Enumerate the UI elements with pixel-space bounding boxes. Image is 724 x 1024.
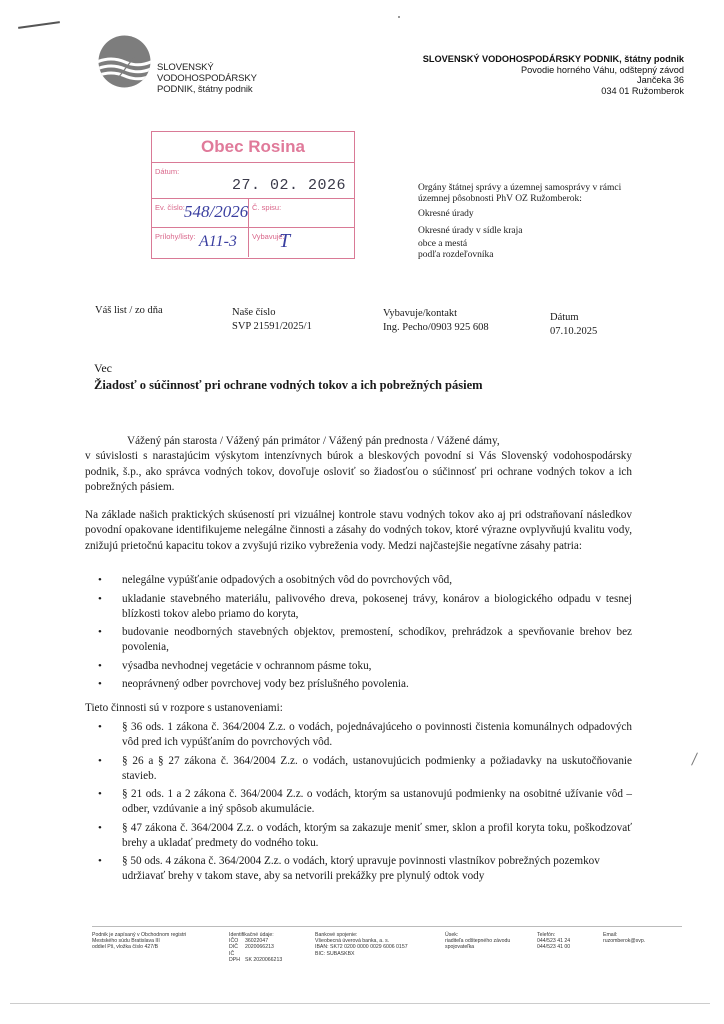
- list-item: § 50 ods. 4 zákona č. 364/2004 Z.z. o vo…: [122, 854, 632, 884]
- list-item: nelegálne vypúšťanie odpadových a osobit…: [122, 573, 632, 588]
- recipients-intro: Orgány štátnej správy a územnej samosprá…: [418, 183, 628, 205]
- list-item: § 21 ods. 1 a 2 zákona č. 364/2004 Z.z. …: [122, 787, 632, 817]
- scan-artifact-line: [18, 21, 60, 29]
- subject-label: Vec: [94, 361, 112, 376]
- scan-artifact-dot: [398, 16, 400, 18]
- interventions-list: nelegálne vypúšťanie odpadových a osobit…: [122, 573, 632, 696]
- stamp-prilohy-row: Prílohy/listy: A11-3 Vybavuje: T: [152, 228, 354, 257]
- provisions-intro: Tieto činnosti sú v rozpore s ustanoveni…: [85, 702, 283, 714]
- stamp-ev-label: Ev. číslo:: [155, 203, 185, 212]
- ref-our-number-value: SVP 21591/2025/1: [232, 320, 312, 334]
- svp-water-wave-logo-icon: [97, 34, 152, 89]
- sender-name: SLOVENSKÝ VODOHOSPODÁRSKY PODNIK, štátny…: [423, 54, 684, 65]
- stamp-prilohy-cell: Prílohy/listy: A11-3: [152, 228, 249, 257]
- ref-date-value: 07.10.2025: [550, 325, 597, 339]
- stamp-prilohy-label: Prílohy/listy:: [155, 232, 195, 241]
- list-item: neoprávnený odber povrchovej vody bez pr…: [122, 677, 632, 692]
- footer-email: Email: ruzomberok@svp.: [603, 932, 645, 944]
- footer-phone: Telefón: 044/523 41 24 044/523 41 00: [537, 932, 570, 951]
- stamp-ev-row: Ev. číslo: 548/2026 Č. spisu:: [152, 199, 354, 228]
- ref-your-letter-label: Váš list / zo dňa: [95, 304, 163, 318]
- footer-bank-line: IBAN: SK72 0200 0000 0029 6006 0157: [315, 944, 408, 950]
- sender-address: SLOVENSKÝ VODOHOSPODÁRSKY PODNIK, štátny…: [423, 54, 684, 96]
- footer-registry-line: oddiel Pš, vložka číslo 427/B: [92, 944, 186, 950]
- list-item: ukladanie stavebného materiálu, palivové…: [122, 592, 632, 622]
- stamp-spis-cell: Č. spisu:: [249, 199, 354, 227]
- list-item: výsadba nevhodnej vegetácie v ochrannom …: [122, 659, 632, 674]
- stamp-date-label: Dátum:: [155, 167, 179, 176]
- footer-bank-line: BIC: SUBASKBX: [315, 951, 408, 957]
- recipient-line: obce a mestá: [418, 239, 628, 250]
- list-item: § 26 a § 27 zákona č. 364/2004 Z.z. o vo…: [122, 754, 632, 784]
- sender-branch: Povodie horného Váhu, odštepný závod: [423, 65, 684, 76]
- ref-our-number-label: Naše číslo: [232, 306, 312, 320]
- ref-contact-label: Vybavuje/kontakt: [383, 307, 489, 321]
- stamp-title: Obec Rosina: [152, 132, 354, 163]
- ref-contact: Vybavuje/kontakt Ing. Pecho/0903 925 608: [383, 307, 489, 334]
- footer-office-line: spojovateľka: [445, 944, 510, 950]
- sender-street: Jančeka 36: [423, 75, 684, 86]
- footer-ids: Identifikačné údaje: IČO36022047 DIČ2020…: [229, 932, 282, 963]
- page-bottom-edge: [10, 1003, 710, 1004]
- footer-id-value: SK 2020066213: [245, 957, 282, 963]
- recipient-line: podľa rozdeľovníka: [418, 250, 628, 261]
- main-paragraph: Na základe našich praktických skúseností…: [85, 508, 632, 554]
- provisions-list: § 36 ods. 1 zákona č. 364/2004 Z.z. o vo…: [122, 720, 632, 888]
- stamp-ev-cell: Ev. číslo: 548/2026: [152, 199, 249, 227]
- stamp-date-row: Dátum: 27. 02. 2026: [152, 163, 354, 199]
- stamp-date-value: 27. 02. 2026: [232, 177, 346, 194]
- intro-paragraph: v súvislosti s narastajúcim výskytom int…: [85, 449, 632, 495]
- logo-text: SLOVENSKÝ VODOHOSPODÁRSKY PODNIK, štátny…: [157, 62, 257, 95]
- greeting: Vážený pán starosta / Vážený pán primáto…: [85, 434, 632, 449]
- recipients-block: Orgány štátnej správy a územnej samosprá…: [418, 183, 628, 261]
- footer-email-value: ruzomberok@svp.: [603, 938, 645, 944]
- subject-title: Žiadosť o súčinnosť pri ochrane vodných …: [94, 378, 483, 393]
- recipient-line: Okresné úrady v sídle kraja: [418, 226, 628, 237]
- stamp-ev-value: 548/2026: [184, 202, 248, 222]
- margin-pen-mark: [691, 752, 698, 765]
- list-item: budovanie neodborných stavebných objekto…: [122, 625, 632, 655]
- ref-date-label: Dátum: [550, 311, 597, 325]
- footer-id-value: 2020066213: [245, 944, 274, 950]
- stamp-vybavuje-value: T: [279, 230, 290, 253]
- recipient-line: Okresné úrady: [418, 209, 628, 220]
- logo-line: PODNIK, štátny podnik: [157, 84, 257, 95]
- list-item: § 47 zákona č. 364/2004 Z.z. o vodách, k…: [122, 821, 632, 851]
- footer-divider: [92, 926, 682, 927]
- list-item: § 36 ods. 1 zákona č. 364/2004 Z.z. o vo…: [122, 720, 632, 750]
- logo-line: SLOVENSKÝ: [157, 62, 257, 73]
- stamp-spis-label: Č. spisu:: [252, 203, 281, 212]
- stamp-prilohy-value: A11-3: [199, 233, 237, 251]
- footer-office: Úsek: riaditeľa odštepného závodu spojov…: [445, 932, 510, 951]
- ref-our-number: Naše číslo SVP 21591/2025/1: [232, 306, 312, 333]
- footer-id-key: IČ DPH: [229, 951, 245, 963]
- greeting-paragraph: Vážený pán starosta / Vážený pán primáto…: [85, 434, 632, 495]
- sender-city: 034 01 Ružomberok: [423, 86, 684, 97]
- logo-line: VODOHOSPODÁRSKY: [157, 73, 257, 84]
- ref-your-letter: Váš list / zo dňa: [95, 304, 163, 318]
- ref-contact-value: Ing. Pecho/0903 925 608: [383, 321, 489, 335]
- footer-bank: Bankové spojenie: Všeobecná úverová bank…: [315, 932, 408, 957]
- registry-stamp: Obec Rosina Dátum: 27. 02. 2026 Ev. čísl…: [151, 131, 355, 259]
- footer-phone-line: 044/523 41 00: [537, 944, 570, 950]
- ref-date: Dátum 07.10.2025: [550, 311, 597, 338]
- footer-registry: Podnik je zapísaný v Obchodnom registri …: [92, 932, 186, 951]
- stamp-vybavuje-cell: Vybavuje: T: [249, 228, 354, 257]
